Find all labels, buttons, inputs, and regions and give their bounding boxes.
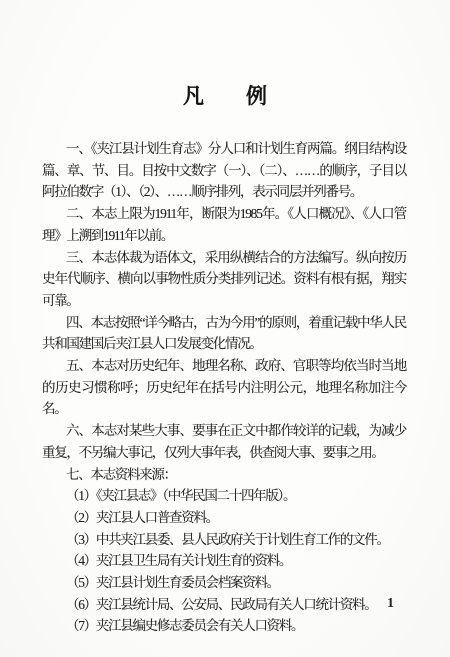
scanned-book-page: 凡 例 一、《夹江县计划生育志》分人口和计划生育两篇。纲目结构设篇、章、节、目。…	[0, 0, 450, 657]
source-item-7: （7）夹江县编史修志委员会有关人口资料。	[42, 615, 406, 637]
paragraph-5: 五、本志对历史纪年、地理名称、政府、官职等均依当时当地的历史习惯称呼；历史纪年在…	[42, 355, 406, 420]
paragraph-3: 三、本志体裁为语体文，采用纵横结合的方法编写。纵向按历史年代顺序、横向以事物性质…	[42, 247, 406, 312]
page-title: 凡 例	[0, 0, 450, 108]
paragraph-4: 四、本志按照“详今略古，古为今用”的原则，着重记载中华人民共和国建国后夹江县人口…	[42, 312, 406, 355]
source-item-4: （4）夹江县卫生局有关计划生育的资料。	[42, 550, 406, 572]
paragraph-7-sources-heading: 七、本志资料来源：	[42, 464, 406, 486]
source-item-5: （5）夹江县计划生育委员会档案资料。	[42, 572, 406, 594]
document-body: 一、《夹江县计划生育志》分人口和计划生育两篇。纲目结构设篇、章、节、目。目按中文…	[42, 138, 406, 637]
page-number: 1	[387, 596, 394, 612]
source-item-3: （3）中共夹江县委、县人民政府关于计划生育工作的文件。	[42, 529, 406, 551]
paragraph-2: 二、本志上限为1911年，断限为1985年。《人口概况》、《人口管理》上溯到19…	[42, 203, 406, 246]
paragraph-1: 一、《夹江县计划生育志》分人口和计划生育两篇。纲目结构设篇、章、节、目。目按中文…	[42, 138, 406, 203]
paragraph-6: 六、本志对某些大事、要事在正文中都作较详的记载，为减少重复，不另编大事记，仅列大…	[42, 420, 406, 463]
source-item-6: （6）夹江县统计局、公安局、民政局有关人口统计资料。	[42, 594, 406, 616]
source-item-1: （1）《夹江县志》（中华民国二十四年版）。	[42, 485, 406, 507]
source-item-2: （2）夹江县人口普查资料。	[42, 507, 406, 529]
